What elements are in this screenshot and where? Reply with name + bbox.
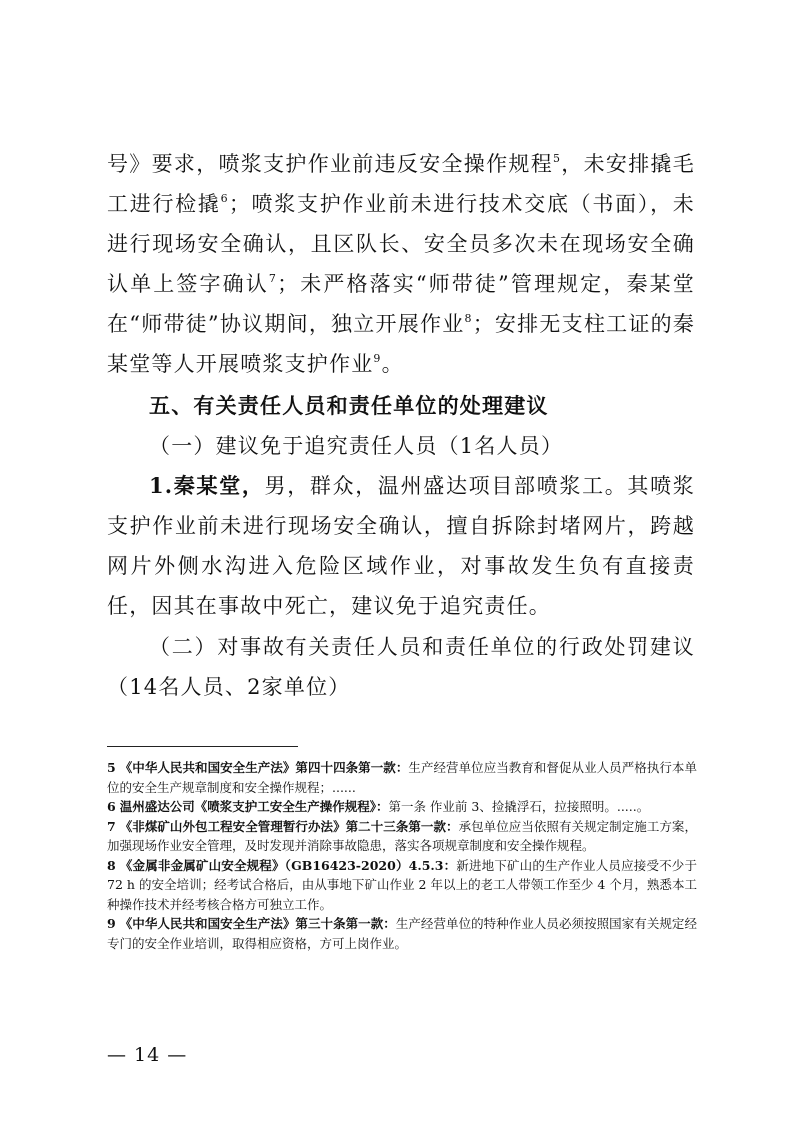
paragraph-person-1: 1.秦某堂，男，群众，温州盛达项目部喷浆工。其喷浆支护作业前未进行现场安全确认，… <box>107 466 695 626</box>
footnote-6: 6 温州盛达公司《喷浆支护工安全生产操作规程》：第一条 作业前 3、捡撬浮石，拉… <box>107 797 697 817</box>
footnote-citation: 《中华人民共和国安全生产法》第四十四条第一款： <box>120 760 409 775</box>
text-run: 号》要求，喷浆支护作业前违反安全操作规程 <box>107 152 553 176</box>
document-page: 号》要求，喷浆支护作业前违反安全操作规程5，未安排撬毛工进行检撬6；喷浆支护作业… <box>0 0 793 1122</box>
footnote-ref-6[interactable]: 6 <box>221 192 229 205</box>
text-run: 。 <box>382 352 404 376</box>
footnote-5: 5 《中华人民共和国安全生产法》第四十四条第一款：生产经营单位应当教育和督促从业… <box>107 758 697 797</box>
footnote-citation: 《非煤矿山外包工程安全管理暂行办法》第二十三条第一款： <box>120 819 459 834</box>
footnote-7: 7 《非煤矿山外包工程安全管理暂行办法》第二十三条第一款：承包单位应当依照有关规… <box>107 817 697 856</box>
footnote-number: 8 <box>107 858 116 873</box>
footnote-separator <box>107 746 298 747</box>
footnote-text: 第一条 作业前 3、捡撬浮石，拉接照明。.....。 <box>388 799 649 814</box>
footnotes: 5 《中华人民共和国安全生产法》第四十四条第一款：生产经营单位应当教育和督促从业… <box>107 758 697 953</box>
footnote-number: 7 <box>107 819 116 834</box>
footnote-citation: 温州盛达公司《喷浆支护工安全生产操作规程》： <box>120 799 389 814</box>
section-heading: 五、有关责任人员和责任单位的处理建议 <box>107 386 695 426</box>
footnote-8: 8 《金属非金属矿山安全规程》（GB16423-2020）4.5.3：新进地下矿… <box>107 856 697 915</box>
paragraph-violations: 号》要求，喷浆支护作业前违反安全操作规程5，未安排撬毛工进行检撬6；喷浆支护作业… <box>107 144 695 384</box>
footnote-number: 5 <box>107 760 116 775</box>
person-name: 1.秦某堂， <box>149 473 265 498</box>
footnote-ref-9[interactable]: 9 <box>373 352 381 365</box>
footnote-ref-8[interactable]: 8 <box>464 312 472 325</box>
footnote-number: 6 <box>107 799 116 814</box>
footnote-citation: 《中华人民共和国安全生产法》第三十条第一款： <box>120 916 396 931</box>
footnote-ref-7[interactable]: 7 <box>269 272 277 285</box>
footnote-9: 9 《中华人民共和国安全生产法》第三十条第一款：生产经营单位的特种作业人员必须按… <box>107 914 697 953</box>
footnote-ref-5[interactable]: 5 <box>553 152 561 165</box>
footnote-citation: 《金属非金属矿山安全规程》（GB16423-2020）4.5.3： <box>120 858 456 873</box>
sub-heading-penalty: （二）对事故有关责任人员和责任单位的行政处罚建议（14名人员、2家单位） <box>107 627 695 707</box>
footnote-number: 9 <box>107 916 116 931</box>
page-number: — 14 — <box>107 1044 187 1066</box>
sub-heading-exempt: （一）建议免于追究责任人员（1名人员） <box>107 426 695 466</box>
